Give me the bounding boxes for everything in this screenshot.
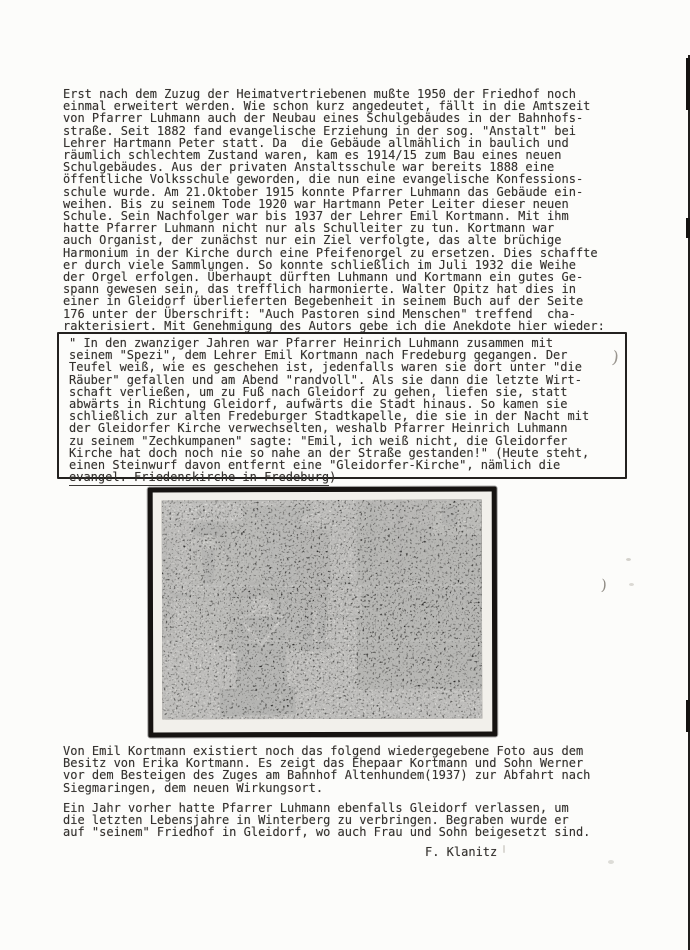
scan-edge-blob <box>686 700 690 732</box>
text-line: zu seinem "Zechkumpanen" sagte: "Emil, i… <box>69 435 619 447</box>
paragraph-history: Erst nach dem Zuzug der Heimatvertrieben… <box>63 88 673 332</box>
text-line: Siegmaringen, dem neuen Wirkungsort. <box>63 782 673 794</box>
closing-paragraph: Ein Jahr vorher hatte Pfarrer Luhmann eb… <box>63 802 673 839</box>
scan-edge-blob <box>686 58 690 110</box>
text-line: der Gleidorfer Kirche verwechselten, wes… <box>69 422 619 434</box>
pencil-mark: ) <box>600 576 607 594</box>
text-line: auf "seinem" Friedhof in Gleidorf, wo au… <box>63 826 673 838</box>
text-line: auch Organist, der zunächst nur ein Ziel… <box>63 234 673 246</box>
closing-paren: ) <box>329 470 336 484</box>
text-line: rakterisiert. Mit Genehmigung des Autors… <box>63 320 673 332</box>
photo-frame: Ha Siegen <box>148 487 498 738</box>
photo-illustration: Ha Siegen <box>162 500 483 720</box>
smudge-mark <box>503 845 505 853</box>
anecdote-lines: " In den zwanziger Jahren war Pfarrer He… <box>69 337 619 471</box>
scan-edge-blob <box>686 218 690 238</box>
film-grain <box>162 500 483 720</box>
text-line: von Pfarrer Luhmann auch der Neubau eine… <box>63 112 673 124</box>
text-line: vor dem Besteigen des Zuges am Bahnhof A… <box>63 769 673 781</box>
text-line: straße. Seit 1882 fand evangelische Erzi… <box>63 125 673 137</box>
text-line: Harmonium in der Kirche durch eine Pfeif… <box>63 247 673 259</box>
smudge-mark <box>629 583 634 586</box>
underlined-text: evangel. Friedenskirche in Fredeburg <box>69 470 329 486</box>
smudge-mark <box>608 860 614 864</box>
smudge-mark <box>626 558 631 561</box>
anecdote-box: " In den zwanziger Jahren war Pfarrer He… <box>57 332 627 479</box>
caption-paragraph: Von Emil Kortmann existiert noch das fol… <box>63 745 673 794</box>
text-line: schule wurde. Am 21.Oktober 1915 konnte … <box>63 186 673 198</box>
text-line: Räuber" gefallen und am Abend "randvoll"… <box>69 374 619 386</box>
text-line: öffentliche Volksschule geworden, die nu… <box>63 173 673 185</box>
text-line: Teufel weiß, wie es geschehen ist, jeden… <box>69 361 619 373</box>
signature: F. Klanitz <box>425 846 625 858</box>
text-line: evangel. Friedenskirche in Fredeburg) <box>69 471 619 483</box>
text-line: einer in Gleidorf überlieferten Begebenh… <box>63 295 673 307</box>
signature-text: F. Klanitz <box>425 845 497 859</box>
scanned-document-page: Erst nach dem Zuzug der Heimatvertrieben… <box>0 0 690 950</box>
photo: Ha Siegen <box>162 500 483 720</box>
